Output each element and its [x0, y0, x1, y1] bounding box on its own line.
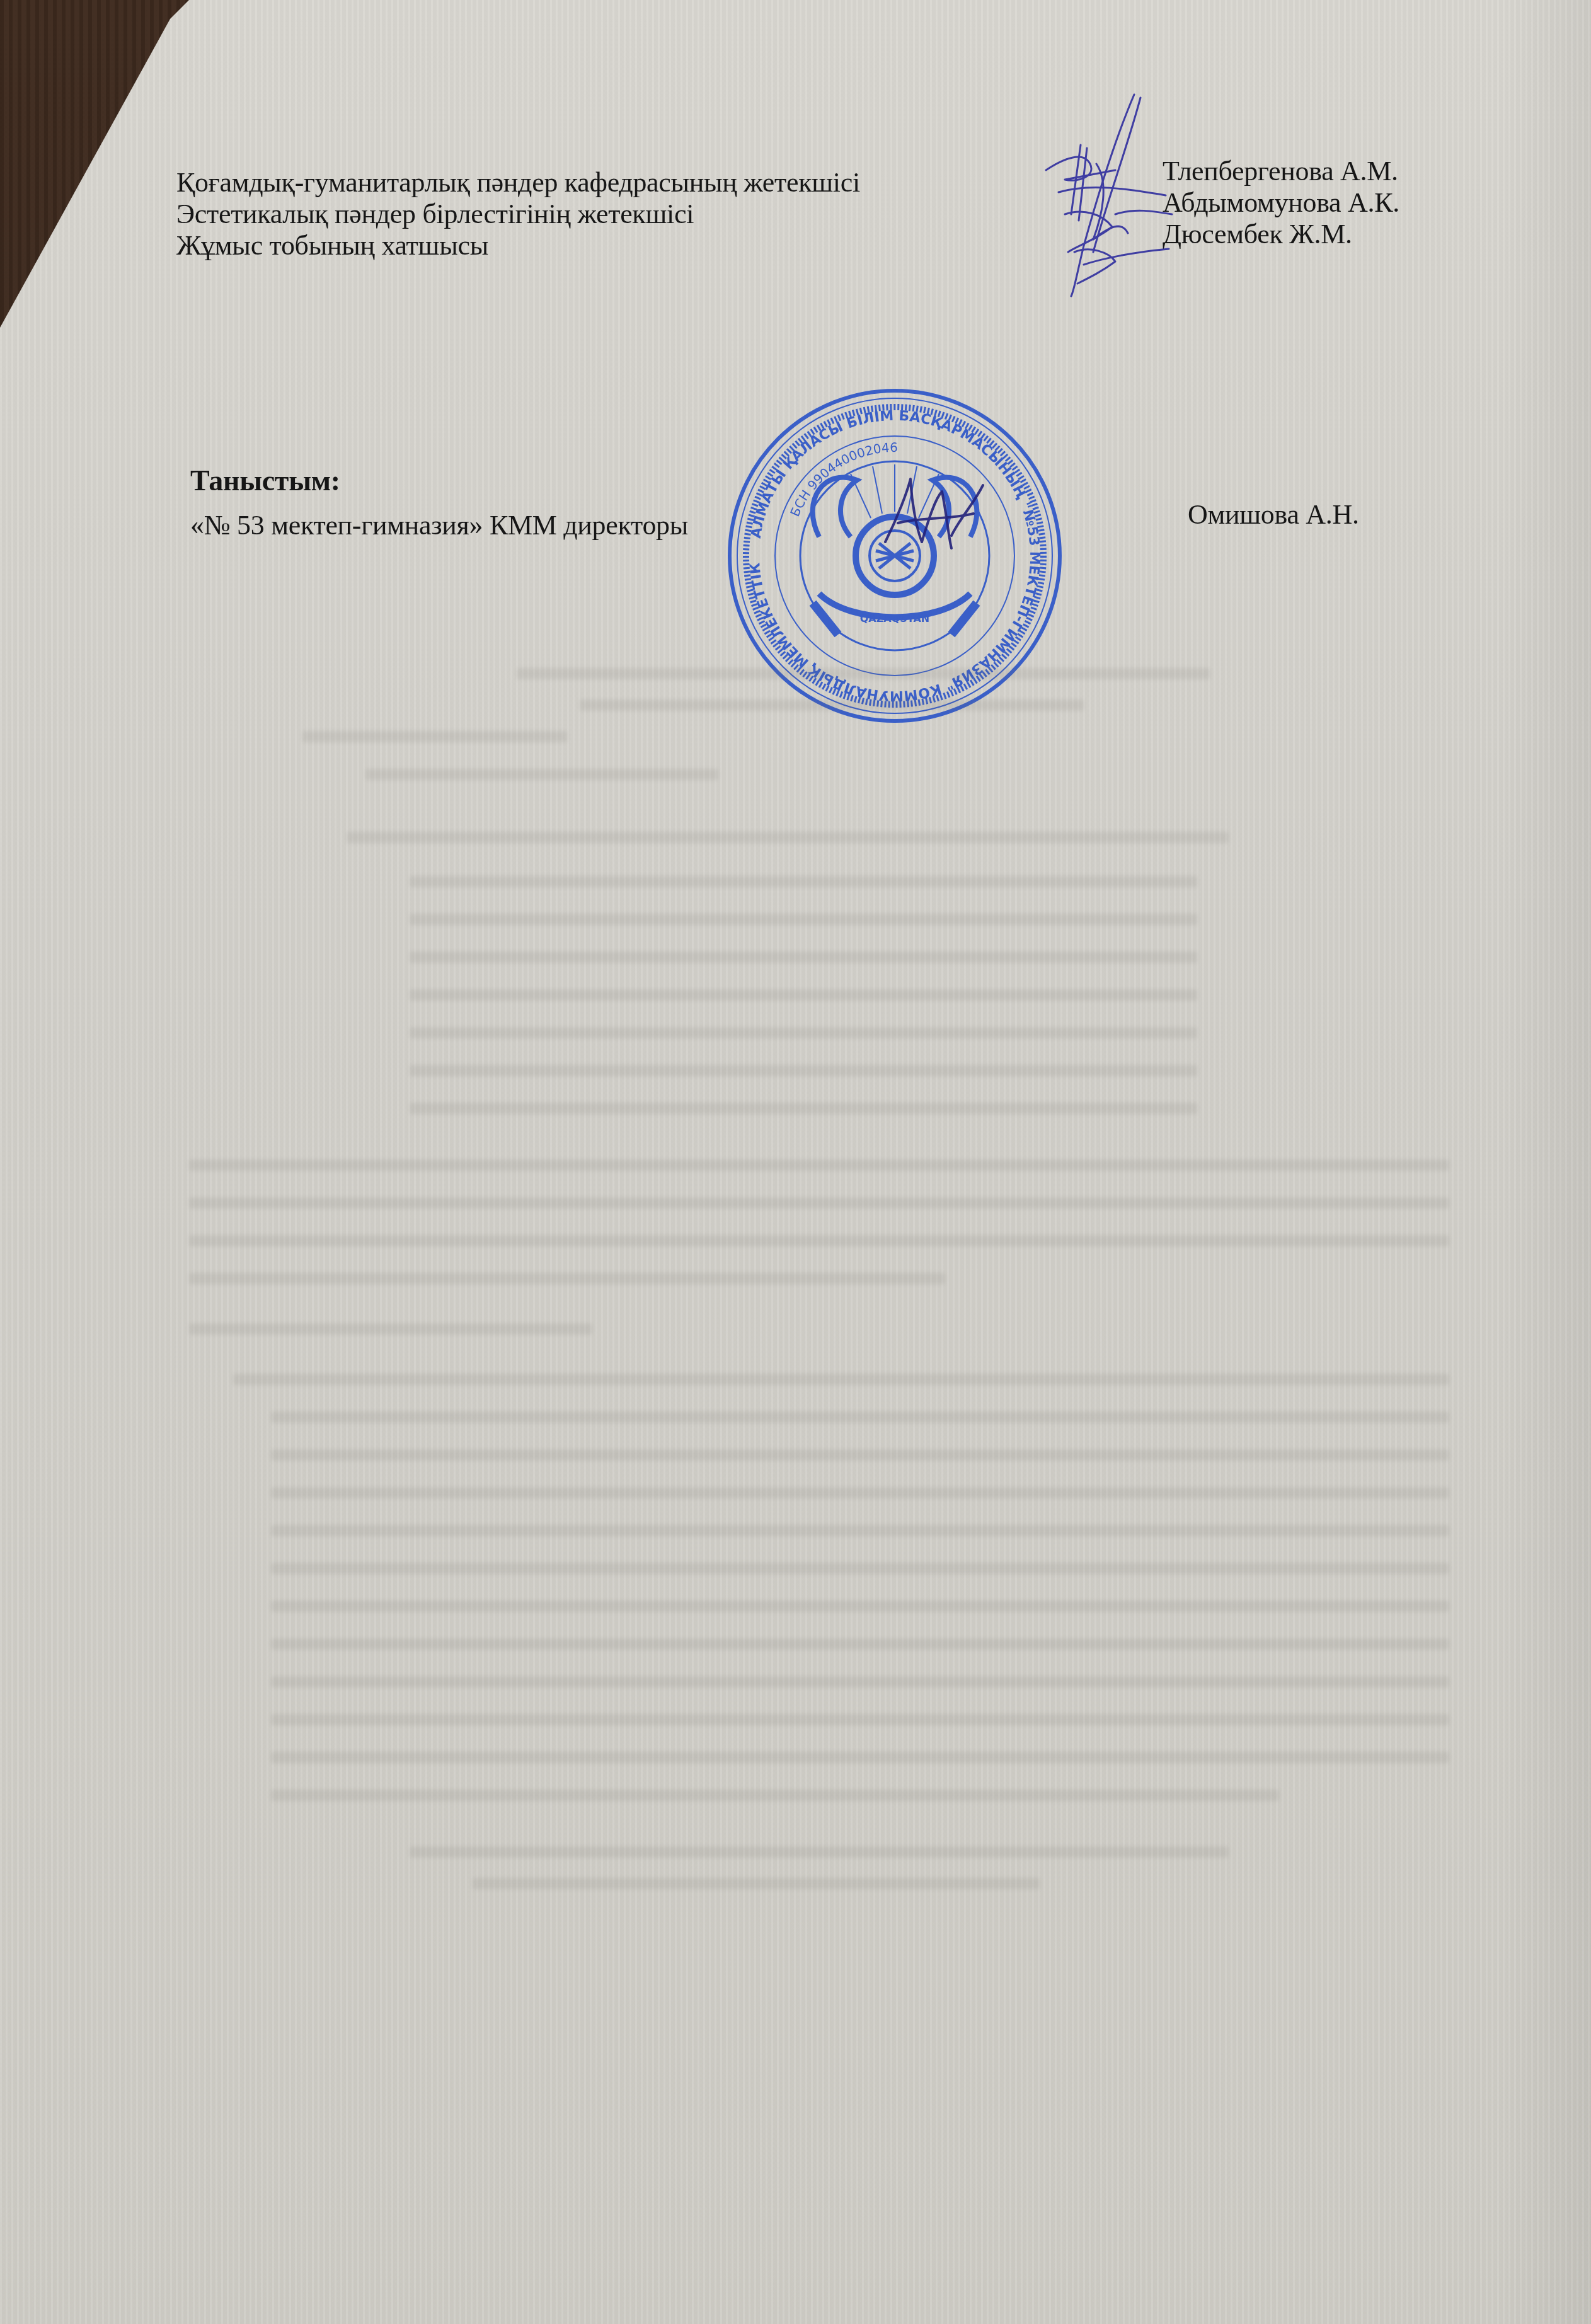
signatory-role: Жұмыс тобының хатшысы	[176, 232, 860, 263]
bleed-through-text	[189, 662, 1449, 2111]
document-page: Қоғамдық-гуманитарлық пәндер кафедрасыны…	[0, 0, 1591, 2324]
signatory-roles: Қоғамдық-гуманитарлық пәндер кафедрасыны…	[176, 169, 860, 263]
svg-text:QAZAQSTAN: QAZAQSTAN	[860, 613, 930, 624]
director-name: Омишова А.Н.	[1188, 501, 1359, 529]
signatory-name: Тлепбергенова А.М.	[1163, 158, 1399, 189]
signatory-name: Дюсембек Ж.М.	[1163, 221, 1399, 252]
signatory-role: Эстетикалық пәндер бірлестігінің жетекші…	[176, 200, 860, 232]
acknowledgement-heading: Таныстым:	[190, 466, 340, 495]
signatory-names: Тлепбергенова А.М. Абдымомунова А.К. Дюс…	[1163, 158, 1399, 252]
director-title: «№ 53 мектеп-гимназия» КММ директоры	[190, 512, 688, 539]
official-stamp: АЛМАТЫ ҚАЛАСЫ БІЛІМ БАСҚАРМАСЫНЫҢ "№53 М…	[725, 386, 1065, 726]
signatory-role: Қоғамдық-гуманитарлық пәндер кафедрасыны…	[176, 169, 860, 200]
signatory-name: Абдымомунова А.К.	[1163, 189, 1399, 221]
